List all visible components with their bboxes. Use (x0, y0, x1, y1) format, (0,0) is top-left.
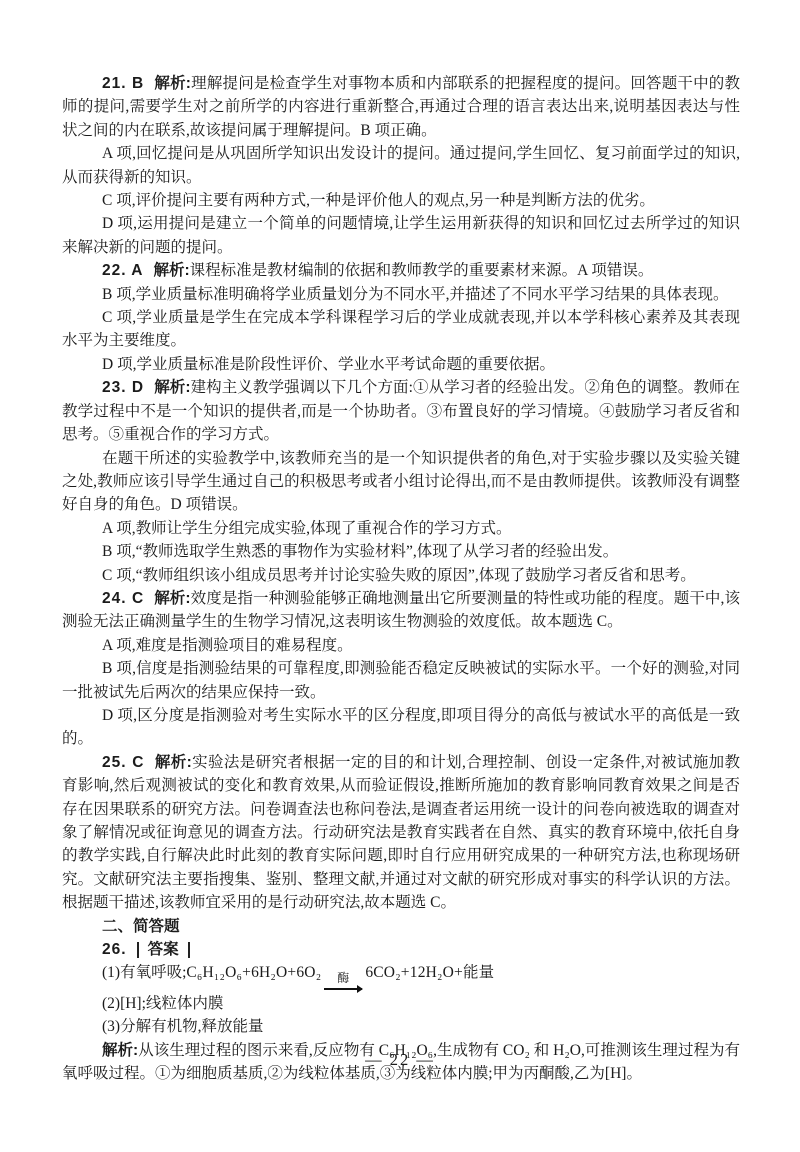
answer-26-header: 26.答案 (62, 938, 740, 961)
answer-21-option-a: A 项,回忆提问是从巩固所学知识出发设计的提问。通过提问,学生回忆、复习前面学过… (62, 142, 740, 189)
answer-25-explanation: 实验法是研究者根据一定的目的和计划,合理控制、创设一定条件,对被试施加教育影响,… (62, 754, 740, 911)
answer-24-option-b: B 项,信度是指测验结果的可靠程度,即测验能否稳定反映被试的实际水平。一个好的测… (62, 657, 740, 704)
question-24-number-answer: 24. C (102, 590, 144, 607)
answer-25-main: 25. C解析:实验法是研究者根据一定的目的和计划,合理控制、创设一定条件,对被… (62, 751, 740, 915)
answer-22-main: 22. A解析:课程标准是教材编制的依据和教师教学的重要素材来源。A 项错误。 (62, 259, 740, 282)
reaction-products: 6CO₂+12H₂O+能量 (365, 964, 494, 981)
jiexi-label: 解析: (154, 754, 191, 771)
answer-24-option-d: D 项,区分度是指测验对考生实际水平的区分程度,即项目得分的高低与被试水平的高低… (62, 704, 740, 751)
answer-26-item-2: (2)[H];线粒体内膜 (62, 992, 740, 1015)
question-25-number-answer: 25. C (102, 754, 144, 771)
question-26-number: 26. (102, 941, 127, 958)
section-2-heading: 二、简答题 (62, 915, 740, 938)
answer-23-option-b: B 项,“教师选取学生熟悉的事物作为实验材料”,体现了从学习者的经验出发。 (62, 540, 740, 563)
question-22-number-answer: 22. A (102, 262, 143, 279)
answer-22-option-b: B 项,学业质量标准明确将学业质量划分为不同水平,并描述了不同水平学习结果的具体… (62, 283, 740, 306)
answer-22-option-d: D 项,学业质量标准是阶段性评价、学业水平考试命题的重要依据。 (62, 353, 740, 376)
answer-key-page: 21. B解析:理解提问是检查学生对事物本质和内部联系的把握程度的提问。回答题干… (0, 0, 800, 1152)
question-23-number-answer: 23. D (102, 379, 144, 396)
jiexi-label: 解析: (153, 262, 189, 279)
answer-21-option-c: C 项,评价提问主要有两种方式,一种是评价他人的观点,另一种是判断方法的优劣。 (62, 189, 740, 212)
arrow-line (324, 988, 362, 990)
reaction-arrow: 酶 (324, 972, 362, 992)
reaction-reactants: C₆H₁₂O₆+6H₂O+6O₂ (186, 964, 321, 981)
answer-23-option-c: C 项,“教师组织该小组成员思考并讨论实验失败的原因”,体现了鼓励学习者反省和思… (62, 564, 740, 587)
answer-26-item-3: (3)分解有机物,释放能量 (62, 1015, 740, 1038)
answer-21-main: 21. B解析:理解提问是检查学生对事物本质和内部联系的把握程度的提问。回答题干… (62, 72, 740, 142)
question-21-number-answer: 21. B (102, 75, 144, 92)
answer-23-main: 23. D解析:建构主义教学强调以下几个方面:①从学习者的经验出发。②角色的调整… (62, 376, 740, 446)
jiexi-label: 解析: (154, 590, 190, 607)
answer-21-option-d: D 项,运用提问是建立一个简单的问题情境,让学生运用新获得的知识和回忆过去所学过… (62, 212, 740, 259)
answer-23-option-a: A 项,教师让学生分组完成实验,体现了重视合作的学习方式。 (62, 517, 740, 540)
enzyme-label: 酶 (337, 972, 349, 984)
answer-24-main: 24. C解析:效度是指一种测验能够正确地测量出它所要测量的特性或功能的程度。题… (62, 587, 740, 634)
answer-22-option-c: C 项,学业质量是学生在完成本学科课程学习后的学业成就表现,并以本学科核心素养及… (62, 306, 740, 353)
answer-24-option-a: A 项,难度是指测验项目的难易程度。 (62, 634, 740, 657)
answer-26-item-1-lead: (1)有氧呼吸; (102, 964, 186, 981)
answer-22-explanation: 课程标准是教材编制的依据和教师教学的重要素材来源。A 项错误。 (190, 262, 654, 279)
jiexi-label: 解析: (154, 75, 191, 92)
answer-23-paragraph-2: 在题干所述的实验教学中,该教师充当的是一个知识提供者的角色,对于实验步骤以及实验… (62, 447, 740, 517)
page-number: — 22 — (0, 1050, 800, 1070)
answer-26-item-1: (1)有氧呼吸;C₆H₁₂O₆+6H₂O+6O₂酶6CO₂+12H₂O+能量 (62, 961, 740, 992)
answer-badge: 答案 (137, 942, 190, 958)
page-body: 21. B解析:理解提问是检查学生对事物本质和内部联系的把握程度的提问。回答题干… (62, 72, 740, 1086)
jiexi-label: 解析: (154, 379, 190, 396)
